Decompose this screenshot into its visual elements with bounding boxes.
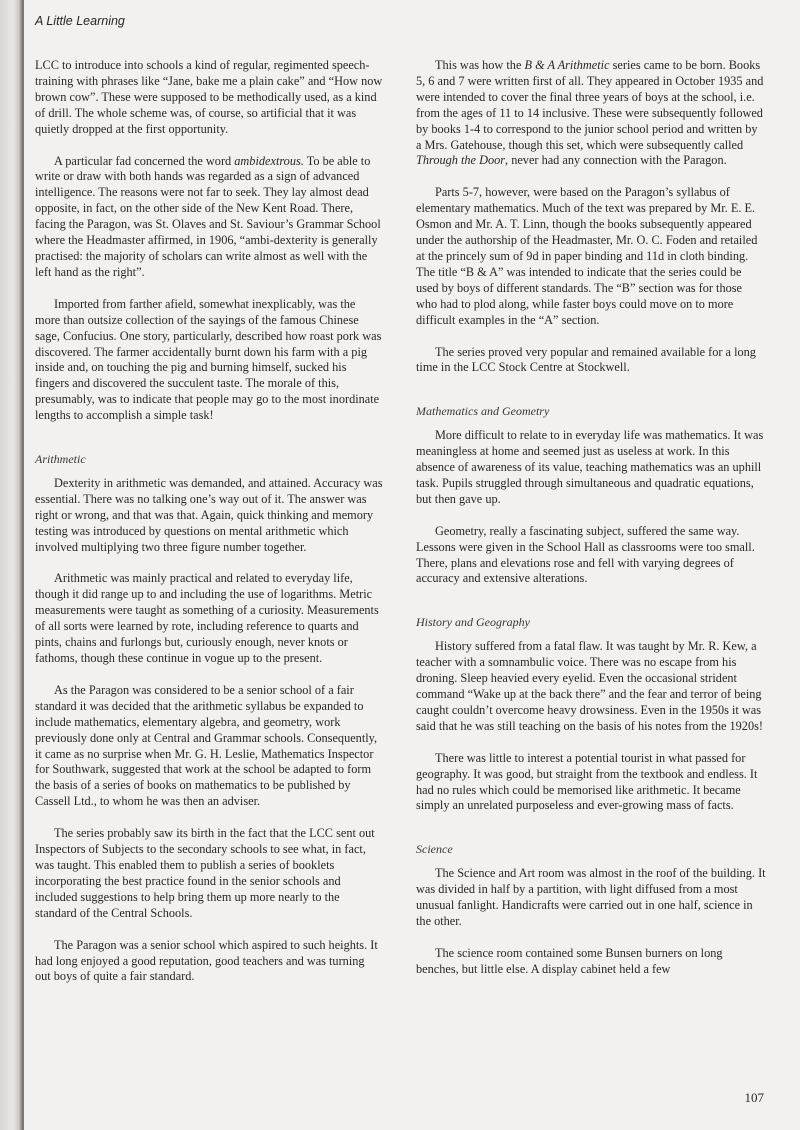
section-heading-mathematics: Mathematics and Geometry bbox=[416, 404, 766, 420]
paragraph: There was little to interest a potential… bbox=[416, 751, 766, 815]
running-head: A Little Learning bbox=[35, 14, 125, 28]
paragraph: More difficult to relate to in everyday … bbox=[416, 428, 766, 508]
paragraph: History suffered from a fatal flaw. It w… bbox=[416, 639, 766, 734]
left-column: LCC to introduce into schools a kind of … bbox=[35, 58, 383, 1001]
section-heading-arithmetic: Arithmetic bbox=[35, 452, 383, 468]
paragraph: Imported from farther afield, somewhat i… bbox=[35, 297, 383, 424]
paragraph: Parts 5-7, however, were based on the Pa… bbox=[416, 185, 766, 328]
book-title: B & A Arithmetic bbox=[524, 58, 609, 72]
section-heading-science: Science bbox=[416, 842, 766, 858]
paragraph: A particular fad concerned the word ambi… bbox=[35, 154, 383, 281]
paragraph: The Paragon was a senior school which as… bbox=[35, 938, 383, 986]
paragraph: Geometry, really a fascinating subject, … bbox=[416, 524, 766, 588]
paragraph: Arithmetic was mainly practical and rela… bbox=[35, 571, 383, 666]
paragraph: Dexterity in arithmetic was demanded, an… bbox=[35, 476, 383, 556]
book-title: Through the Door bbox=[416, 153, 505, 167]
gutter-shadow-line bbox=[22, 0, 24, 1130]
italic-word: ambidextrous. bbox=[234, 154, 304, 168]
paragraph: As the Paragon was considered to be a se… bbox=[35, 683, 383, 810]
book-gutter bbox=[0, 0, 22, 1130]
paragraph: The science room contained some Bunsen b… bbox=[416, 946, 766, 978]
paragraph: LCC to introduce into schools a kind of … bbox=[35, 58, 383, 138]
paragraph: The series proved very popular and remai… bbox=[416, 345, 766, 377]
page-number: 107 bbox=[745, 1090, 765, 1106]
right-column: This was how the B & A Arithmetic series… bbox=[416, 58, 766, 994]
section-heading-history: History and Geography bbox=[416, 615, 766, 631]
paragraph: The Science and Art room was almost in t… bbox=[416, 866, 766, 930]
paragraph: This was how the B & A Arithmetic series… bbox=[416, 58, 766, 169]
paragraph: The series probably saw its birth in the… bbox=[35, 826, 383, 921]
